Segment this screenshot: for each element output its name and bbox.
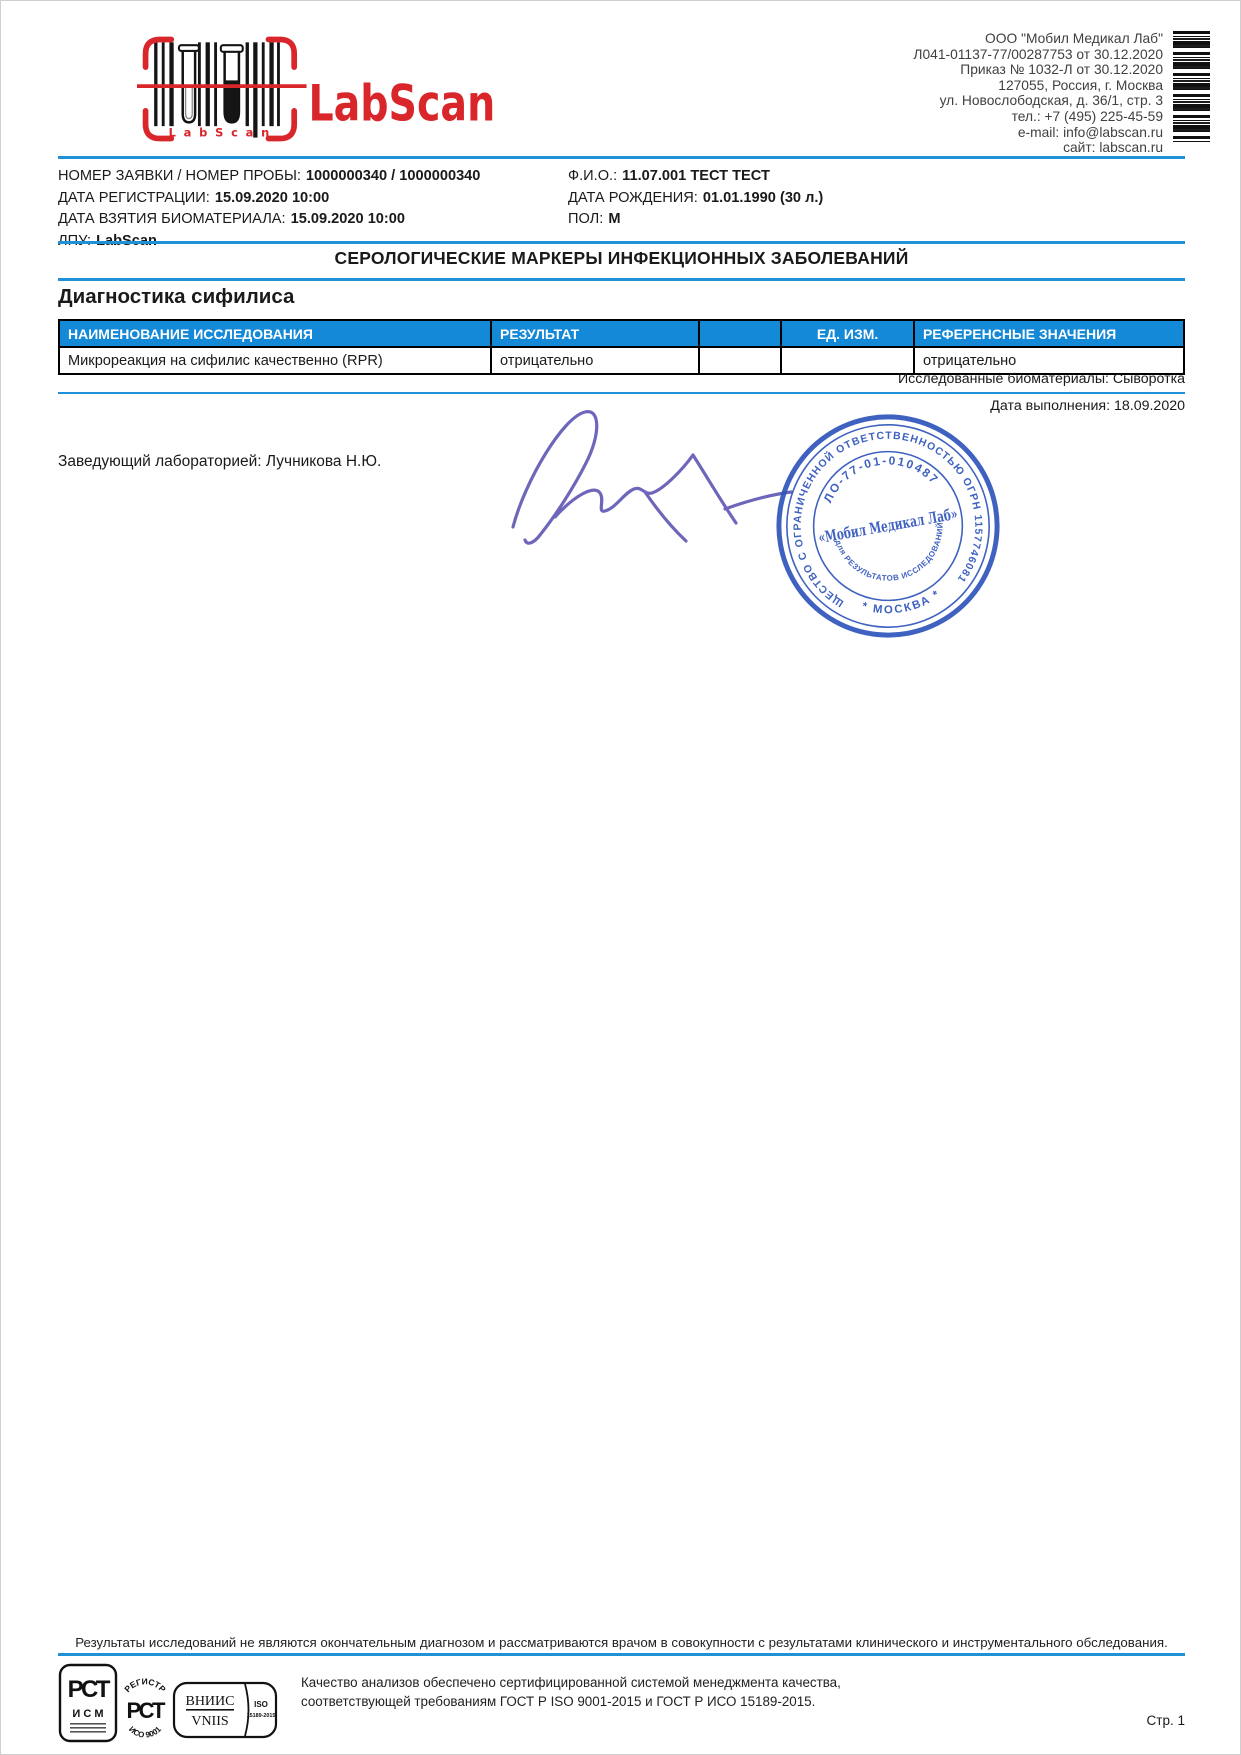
biomaterials-note: Исследованные биоматериалы: Сыворотка xyxy=(58,371,1185,387)
info-field: НОМЕР ЗАЯВКИ / НОМЕР ПРОБЫ:1000000340 / … xyxy=(58,166,558,188)
company-license: Л041-01137-77/00287753 от 30.12.2020 xyxy=(701,47,1163,63)
col-header-reference: РЕФЕРЕНСНЫЕ ЗНАЧЕНИЯ xyxy=(914,320,1184,347)
cell-empty xyxy=(699,347,781,374)
test-tube-filled-icon xyxy=(221,45,243,122)
table-header-row: НАИМЕНОВАНИЕ ИССЛЕДОВАНИЯ РЕЗУЛЬТАТ ЕД. … xyxy=(59,320,1184,347)
disclaimer-text: Результаты исследований не являются окон… xyxy=(58,1635,1185,1650)
divider-rule xyxy=(58,1653,1185,1656)
vniis-mark-icon: ВНИИС VNIIS ISO 15189-2015 xyxy=(172,1679,278,1741)
logo-barcode-bars xyxy=(154,42,280,137)
svg-text:РЕГИСТР: РЕГИСТР xyxy=(122,1676,168,1694)
barcode-icon xyxy=(1173,31,1210,143)
info-field: ДАТА ВЗЯТИЯ БИОМАТЕРИАЛА:15.09.2020 10:0… xyxy=(58,209,558,231)
field-value: 1000000340 / 1000000340 xyxy=(306,168,481,184)
field-label: ДАТА РОЖДЕНИЯ: xyxy=(568,190,698,206)
field-value: 01.01.1990 (30 л.) xyxy=(703,190,823,206)
cell-reference: отрицательно xyxy=(914,347,1184,374)
cell-result: отрицательно xyxy=(491,347,699,374)
divider-rule xyxy=(58,156,1185,159)
cell-test-name: Микрореакция на сифилис качественно (RPR… xyxy=(59,347,491,374)
logo-brand-text: LabScan xyxy=(308,74,495,132)
quality-line-1: Качество анализов обеспечено сертифициро… xyxy=(301,1673,1101,1692)
info-field: ДАТА РЕГИСТРАЦИИ:15.09.2020 10:00 xyxy=(58,188,558,210)
field-label: НОМЕР ЗАЯВКИ / НОМЕР ПРОБЫ: xyxy=(58,168,301,184)
field-label: ПОЛ: xyxy=(568,211,603,227)
registr-iso9001-mark-icon: РЕГИСТР РСТ ИСО 9001 xyxy=(120,1673,170,1747)
page-number: Стр. 1 xyxy=(58,1713,1185,1728)
quality-statement: Качество анализов обеспечено сертифициро… xyxy=(301,1673,1101,1711)
cell-units xyxy=(781,347,914,374)
certification-logos: РСТ И С М РЕГИСТР РСТ ИСО 9001 ВНИИС xyxy=(58,1661,288,1753)
company-phone: тел.: +7 (495) 225-45-59 xyxy=(701,109,1163,125)
labscan-logo: L a b S c a n LabScan xyxy=(137,29,499,149)
table-row: Микрореакция на сифилис качественно (RPR… xyxy=(59,347,1184,374)
company-email: e-mail: info@labscan.ru xyxy=(701,125,1163,141)
field-value: 11.07.001 ТЕСТ ТЕСТ xyxy=(622,168,770,184)
company-order: Приказ № 1032-Л от 30.12.2020 xyxy=(701,62,1163,78)
rst-ism-mark-icon: РСТ И С М xyxy=(58,1663,118,1751)
info-field: ДАТА РОЖДЕНИЯ:01.01.1990 (30 л.) xyxy=(568,188,1168,210)
col-header-units: ЕД. ИЗМ. xyxy=(781,320,914,347)
company-city: 127055, Россия, г. Москва xyxy=(701,78,1163,94)
divider-rule xyxy=(58,278,1185,281)
col-header-test-name: НАИМЕНОВАНИЕ ИССЛЕДОВАНИЯ xyxy=(59,320,491,347)
col-header-result: РЕЗУЛЬТАТ xyxy=(491,320,699,347)
rst-letters: РСТ xyxy=(68,1676,111,1703)
test-tube-empty-icon xyxy=(179,45,199,122)
order-info-block: НОМЕР ЗАЯВКИ / НОМЕР ПРОБЫ:1000000340 / … xyxy=(58,166,558,252)
patient-info-block: Ф.И.О.:11.07.001 ТЕСТ ТЕСТ ДАТА РОЖДЕНИЯ… xyxy=(568,166,1168,231)
head-of-lab-line: Заведующий лабораторией: Лучникова Н.Ю. xyxy=(58,453,381,471)
signature xyxy=(493,397,799,550)
field-label: ДАТА РЕГИСТРАЦИИ: xyxy=(58,190,210,206)
lab-report-page: L a b S c a n LabScan ООО "Мобил Медикал… xyxy=(0,0,1241,1755)
company-stamp: ОБЩЕСТВО С ОГРАНИЧЕННОЙ ОТВЕТСТВЕННОСТЬЮ… xyxy=(750,388,1026,664)
report-title: СЕРОЛОГИЧЕСКИЕ МАРКЕРЫ ИНФЕКЦИОННЫХ ЗАБО… xyxy=(58,248,1185,269)
vniis-ru-text: ВНИИС xyxy=(185,1694,234,1709)
field-value: 15.09.2020 10:00 xyxy=(291,211,405,227)
quality-line-2: соответствующей требованиям ГОСТ Р ISO 9… xyxy=(301,1692,1101,1711)
divider-rule xyxy=(58,241,1185,244)
section-title: Диагностика сифилиса xyxy=(58,285,294,309)
company-name: ООО "Мобил Медикал Лаб" xyxy=(701,31,1163,47)
field-label: Ф.И.О.: xyxy=(568,168,617,184)
divider-rule xyxy=(58,392,1185,394)
col-header-empty xyxy=(699,320,781,347)
company-info-block: ООО "Мобил Медикал Лаб" Л041-01137-77/00… xyxy=(701,31,1163,156)
field-value: М xyxy=(608,211,620,227)
field-label: ДАТА ВЗЯТИЯ БИОМАТЕРИАЛА: xyxy=(58,211,286,227)
logo-caption: L a b S c a n xyxy=(169,126,272,140)
company-site: сайт: labscan.ru xyxy=(701,140,1163,156)
results-table: НАИМЕНОВАНИЕ ИССЛЕДОВАНИЯ РЕЗУЛЬТАТ ЕД. … xyxy=(58,319,1185,375)
info-field: Ф.И.О.:11.07.001 ТЕСТ ТЕСТ xyxy=(568,166,1168,188)
iso-label: ISO xyxy=(254,1700,268,1709)
field-value: 15.09.2020 10:00 xyxy=(215,190,329,206)
company-address: ул. Новослободская, д. 36/1, стр. 3 xyxy=(701,93,1163,109)
registr-arc-text: РЕГИСТР xyxy=(122,1676,168,1694)
info-field: ПОЛ:М xyxy=(568,209,1168,231)
